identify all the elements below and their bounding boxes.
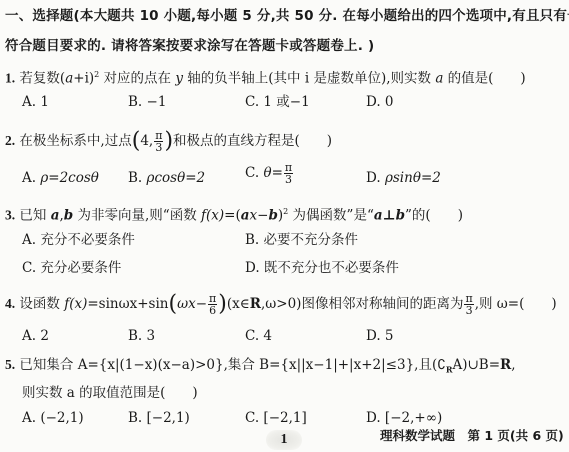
question-4-stem: 4. 设函数 f(x)=sinωx+sin(ωx−π6)(x∈R,ω>0)图像相… — [5, 293, 557, 316]
question-5-stem-line1: 5. 已知集合 A={x|(1−x)(x−a)>0},集合 B={x||x−1|… — [5, 356, 516, 379]
question-3-option-b: B. 必要不充分条件 — [245, 231, 358, 249]
question-1-option-c: C. 1 或−1 — [245, 93, 310, 111]
question-number: 4. — [5, 296, 15, 311]
page-footer-caption: 理科数学试题 第 1 页(共 6 页) — [380, 426, 564, 444]
question-2-option-b: B. ρcosθ=2 — [128, 169, 205, 187]
question-3-option-c: C. 充分必要条件 — [22, 259, 121, 277]
question-4-option-a: A. 2 — [22, 327, 49, 345]
question-5-option-c: C. [−2,1] — [245, 409, 307, 427]
question-2-option-c: C. θ=π3 — [245, 162, 294, 185]
question-number: 5. — [5, 357, 15, 372]
question-1-stem: 1. 若复数(a+i)2 对应的点在 y 轴的负半轴上(其中 i 是虚数单位),… — [5, 66, 526, 88]
question-4-option-d: D. 5 — [366, 327, 394, 345]
question-5-option-a: A. (−2,1) — [22, 409, 84, 427]
question-2-option-a: A. ρ=2cosθ — [22, 169, 99, 187]
question-1-option-d: D. 0 — [366, 93, 394, 111]
question-2-option-d: D. ρsinθ=2 — [366, 169, 441, 187]
question-4-option-b: B. 3 — [128, 327, 155, 345]
question-number: 3. — [5, 208, 15, 223]
question-5-stem-line2: 则实数 a 的取值范围是( ) — [22, 384, 198, 402]
section-heading-line2: 符合题目要求的. 请将答案按要求涂写在答题卡或答题卷上. ) — [5, 37, 374, 55]
section-heading-line1: 一、选择题(本大题共 10 小题,每小题 5 分,共 50 分. 在每小题给出的… — [5, 7, 569, 25]
question-3-option-a: A. 充分不必要条件 — [22, 231, 135, 249]
question-5-option-d: D. [−2,+∞) — [366, 409, 442, 427]
fraction: π6 — [208, 293, 217, 316]
fraction: π3 — [154, 130, 163, 153]
question-2-stem: 2. 在极坐标系中,过点(4,π3)和极点的直线方程是( ) — [5, 130, 332, 153]
question-5-option-b: B. [−2,1) — [128, 409, 190, 427]
page-number-badge: 1 — [266, 430, 302, 450]
question-4-option-c: C. 4 — [245, 327, 272, 345]
question-3-option-d: D. 既不充分也不必要条件 — [245, 259, 399, 277]
question-3-stem: 3. 已知 a,b 为非零向量,则“函数 f(x)=(ax−b)2 为偶函数”是… — [5, 203, 463, 225]
fraction: π3 — [284, 162, 293, 185]
question-1-option-a: A. 1 — [22, 93, 49, 111]
question-number: 2. — [5, 133, 15, 148]
fraction: π3 — [464, 293, 473, 316]
question-number: 1. — [5, 71, 15, 86]
question-1-option-b: B. −1 — [128, 93, 166, 111]
